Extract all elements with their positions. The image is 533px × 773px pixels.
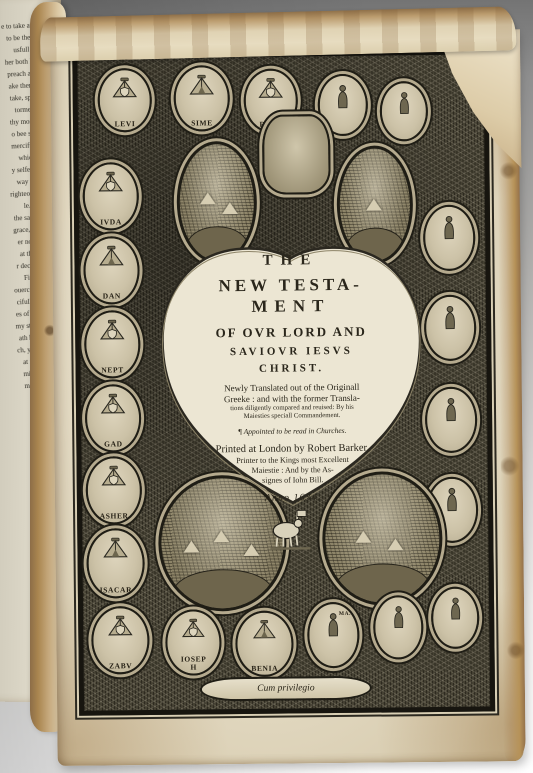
medallion-levi: LEVI <box>97 68 152 133</box>
tent-icon <box>200 192 216 204</box>
medallion-apostle-ma: MA. <box>307 602 360 669</box>
tent-icon <box>97 244 125 275</box>
title-cartouche: THE NEW TESTA- MENT OF OVR LORD AND SAVI… <box>149 241 434 520</box>
top-ornament-cartouche <box>262 114 331 195</box>
tent-icon <box>99 392 127 423</box>
tent-icon <box>101 536 129 567</box>
tent-icon <box>213 530 229 542</box>
engraved-border: LEVI SIME RVBE <box>72 49 495 715</box>
title-page: LEVI SIME RVBE <box>50 23 524 766</box>
medallion-ivda: IVDA <box>82 162 139 231</box>
apostle-icon <box>390 603 407 636</box>
apostle-icon <box>443 485 461 520</box>
apostle-icon <box>395 89 412 122</box>
medallion-nept: NEPT <box>84 310 141 379</box>
apostle-icon <box>441 303 459 338</box>
privilege-banner: Cum privilegio <box>200 676 372 702</box>
medallion-zabv: ZABV <box>91 606 150 675</box>
medallion-label: LEVI <box>115 120 136 128</box>
medallion-label: MA. <box>339 611 351 619</box>
tent-icon <box>100 464 128 495</box>
medallion-label: ISACAR <box>100 586 132 594</box>
medallion-label: BENIA <box>251 664 278 672</box>
medallion-apostle <box>431 587 480 649</box>
tent-icon <box>243 544 259 556</box>
medallion-label: SIME <box>191 119 213 127</box>
medallion-benia: BENIA <box>235 610 294 677</box>
medallion-isacar: ISACAR <box>86 528 145 599</box>
hill-shape <box>174 570 272 612</box>
medallion-apostle <box>373 595 424 660</box>
medallion-label: GAD <box>104 440 123 448</box>
medallion-label: DAN <box>103 292 121 300</box>
tent-icon <box>187 73 215 104</box>
tent-icon <box>96 170 124 201</box>
apostle-icon <box>442 395 460 430</box>
tent-icon <box>106 614 134 645</box>
tent-icon <box>366 199 382 211</box>
title-line: MENT <box>168 295 414 318</box>
medallion-label: NEPT <box>101 366 123 374</box>
title-the: THE <box>167 251 413 271</box>
medallion-label: ASHER <box>100 512 129 520</box>
hill-shape <box>337 565 429 607</box>
apostle-icon <box>446 595 463 628</box>
tent-icon <box>111 76 139 107</box>
tent-icon <box>180 617 206 646</box>
medallion-sime: SIME <box>173 65 230 132</box>
subtitle-line: Maiesties speciall Commandement. <box>169 411 415 421</box>
medallion-label: IOSEP H <box>181 655 207 670</box>
medallion-dan: DAN <box>83 236 140 305</box>
apostle-icon <box>440 213 458 248</box>
privilege-banner-text: Cum privilegio <box>257 683 314 694</box>
title-line: OF OVR LORD AND <box>168 323 414 342</box>
title-text-block: THE NEW TESTA- MENT OF OVR LORD AND SAVI… <box>167 249 416 505</box>
medallion-label: ZABV <box>109 662 132 670</box>
tent-icon <box>251 619 277 648</box>
title-line: SAVIOVR IESVS <box>168 344 414 359</box>
medallion-label: IVDA <box>100 218 122 226</box>
tent-icon <box>387 538 403 550</box>
apostle-icon <box>334 82 352 117</box>
tent-icon <box>257 77 285 108</box>
tent-icon <box>98 318 126 349</box>
tent-icon <box>222 202 238 214</box>
medallion-asher: ASHER <box>85 456 142 525</box>
title-line: NEW TESTA- <box>168 274 414 297</box>
medallion-apostle <box>380 81 429 141</box>
tent-icon <box>183 540 199 552</box>
medallion-gad: GAD <box>85 384 142 453</box>
photo-background: e to take and w to be the inhe usfull Lo… <box>0 0 533 773</box>
appointed-line: ¶ Appointed to be read in Churches. <box>169 425 415 437</box>
tent-icon <box>355 531 371 543</box>
medallion-iosep: IOSEP H <box>165 609 222 676</box>
imprint-line: signes of Iohn Bill. <box>170 474 416 486</box>
title-line: CHRIST. <box>169 361 415 376</box>
